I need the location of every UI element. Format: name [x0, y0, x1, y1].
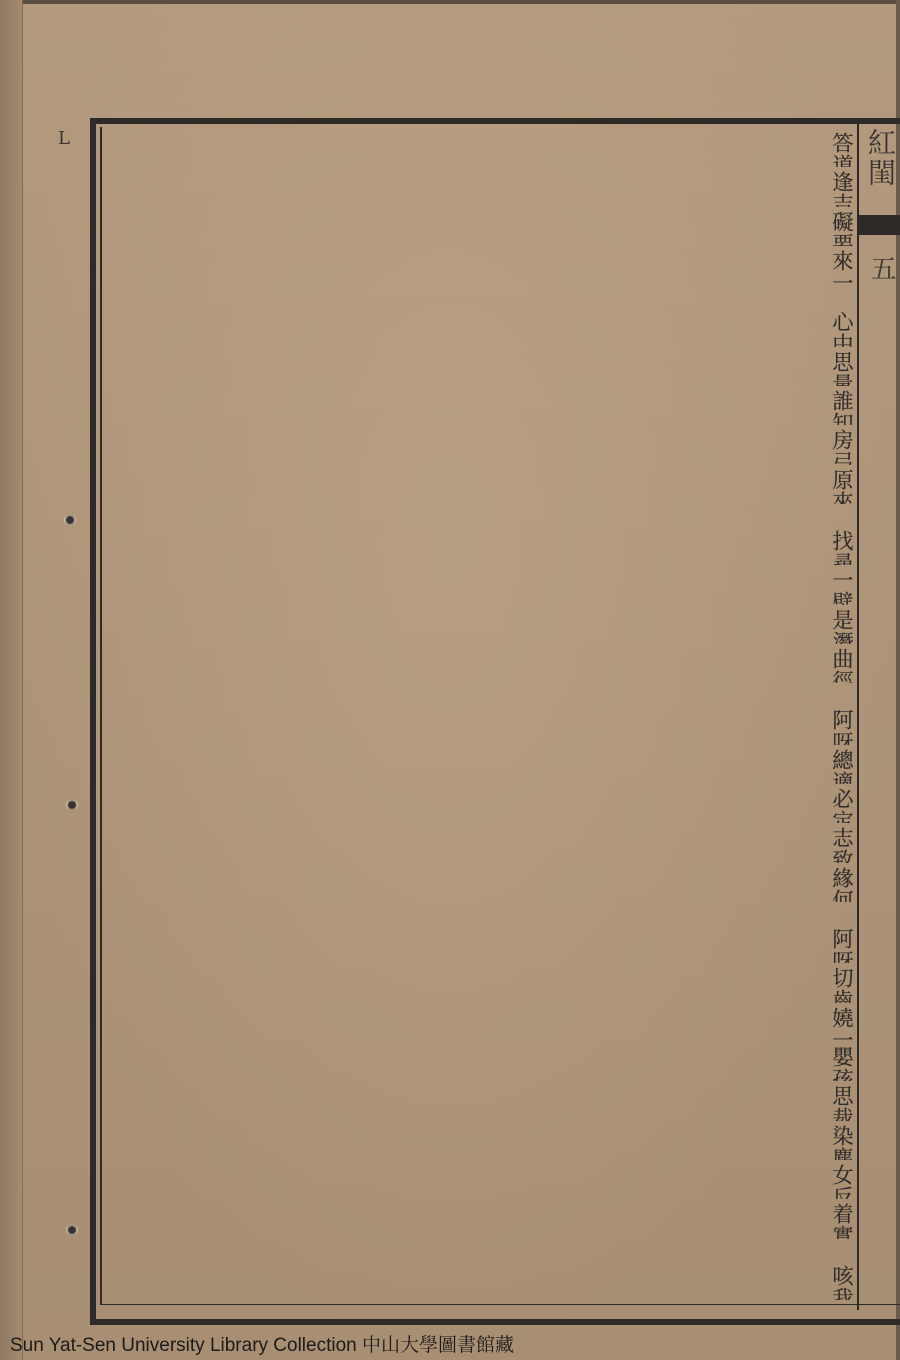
- text-column: 思裁平地弃從石上栽真乃冤天和屈地好好的姑娘逃去我當災更加兩個倡狂婢都着婆婆一例皆…: [106, 1081, 856, 1120]
- library-caption: Sun Yat-Sen University Library Collectio…: [10, 1330, 514, 1357]
- text-column: 着實據真憑豈亂猜: [106, 1199, 856, 1238]
- text-column: 曲徑繞深廊便是那後院茅廁也望張不見些些蹤與迹衆婦女一齊回步走忙忙大娘來到婆婆室故…: [106, 644, 856, 683]
- banxin-page-number: 五: [866, 255, 900, 281]
- text-column: 房弓氏云誰道大娘不在室回身忙又去相尋剛剛走到中庭院早聽得一片喧呼吵鬧聲: [106, 425, 856, 464]
- banxin-title: 紅閨: [864, 128, 900, 208]
- text-column: 一壁言時同出房相隨一婢到中堂佯為尋問全無見兩個丫環看了忙即便高聲呼太太不知小姐往…: [106, 565, 856, 604]
- text-column: 來一氣過三里早望見隱隱高城氣象都逢吉停鞭忙勒馬週圍看家人幾個影全無: [106, 246, 856, 285]
- banxin-divider: [857, 124, 859, 1310]
- page-binding-edge: [0, 0, 23, 1360]
- binding-hole: [66, 800, 78, 810]
- text-column: 阿呀不錯必是你夫妻殺害吾女將屍身藏過了你這喪心的賤婦呀賤婦你不賠我女兒難道就這般…: [106, 902, 856, 963]
- text-column: 礙要曉得我等身邊罄械無赤手難將泥土挖不如就此返家居言完個個飛奔去不顧當時受策驅撇…: [106, 207, 856, 246]
- text-column: 答道我們做下人的不曾當過鄉導官那識路道好像前面一帶樹林擱着一座山頭光景料也是沒人…: [106, 128, 856, 167]
- text-column: 心中暗道好一班可惡的奴才想必已回去了把個櫃子丟在荒郊不曾埋掩卻是怎處: [106, 285, 856, 346]
- text-column: 嬰孩可不該拍拍胸脯雙袖勒二人一見嚇驚呆恐他力大難招架去了妖嬈急避開弓氏起身忙告訴…: [106, 1042, 856, 1081]
- binding-hole: [66, 1225, 78, 1235]
- text-column: 女反拿着自家骨肉瞎栽埋可知証據明明在夜裡幾个家奴亦逃哉想必妹兒曾有約這私情多應尚…: [106, 1160, 856, 1199]
- text-body: 答道我們做下人的不曾當過鄉導官那識路道好像前面一帶樹林擱着一座山頭光景料也是沒人…: [106, 128, 856, 1300]
- text-column: 嬈一滿懷氣得大娘索索抖登時扭住兩裙釵言對詆力同排僕婦丫環勸不開正在此間撕鬧處卻當…: [106, 1003, 856, 1042]
- banxin-fishtail: [859, 215, 900, 235]
- text-column: 思量很恨罵家下沒奈何只好明朝再理論恐怕閉城難叫喚慌忙就一鞭打動馬飛騎回舊路返衙門…: [106, 347, 856, 386]
- scanned-page: L 紅閨 五 答道我們做下人的不曾當過鄉導官那識路道好像前面一帶樹林擱着一座山頭…: [0, 0, 900, 1360]
- text-column: 阿呀婆婆果是姑娘不見了好不奇怪呀: [106, 683, 856, 744]
- text-column: 找尋大娘便假驚惶起來說是奇呀我與你們要遍幾次的怎還不快去尋覓看是小姐到底那裡去了: [106, 504, 856, 565]
- text-column: 誰知逃去絕無形原來他幾人早已商量定不願跟隨惡少君因此教席捲一時同遁去各人自去別求…: [106, 386, 856, 425]
- text-column: 原來是夫人命寶釵珠鈿到大娘處來接小姐弓氏回他已歸中院去了兩個使女說是不曾看見少奶…: [106, 465, 856, 504]
- text-column: 咳我正惱他幹此不端之事失了吾家體面不道母親反疑惑我等害他真也糊塗極了: [106, 1239, 856, 1300]
- text-column: 是潛向何方短見亡急喚大家同去找快從前後覓行藏於時婦女分頭去大娘也隨着諸人假着慌一…: [106, 605, 856, 644]
- left-margin-mark: L: [58, 128, 70, 149]
- text-column: 染塵埃大娘訴罷悲啼哭身倚妝台袖掩腮逢吉此時心大怒一聲冷笑亂敲枱問言此事何憑証怎見…: [106, 1121, 856, 1160]
- text-column: 必定私奔逆狡童弓氏之言猶未畢把一個夫人聽了怒沖空忍不住叱聲住了床沿指休出胡言太不…: [106, 784, 856, 823]
- binding-hole: [64, 515, 76, 525]
- text-column: 切齒冤家解不開快些還我女嬰孩夫人說着號咷哭搗枕捶胸慘慘哀珠鈿寶釵陪痛泣他兩個一場…: [106, 963, 856, 1002]
- text-column: 逢吉當時諭衆奴逢將此櫃兒埋好轉歸途家人便道何消得這裡面不過柴米幾卷書既是少爺令欲…: [106, 167, 856, 206]
- text-column: 總適相陪正舉鍾他推身上欠和融相辭媳婦隨歸室為什麼一霎功夫沒影蹤說也希奇真不解莫非…: [106, 745, 856, 784]
- page-top-edge: [0, 0, 900, 4]
- text-column: 志致愚蒙莫將血口誣相詆要曉得上有蒼天未必容一壁說時聲帶哭病軀支起坐床中指其惡婦奮…: [106, 823, 856, 862]
- text-column: 緣何拉了去諒非好意假情濃騙得我姣兒墮入牢籠計暗裏無常一命終: [106, 863, 856, 902]
